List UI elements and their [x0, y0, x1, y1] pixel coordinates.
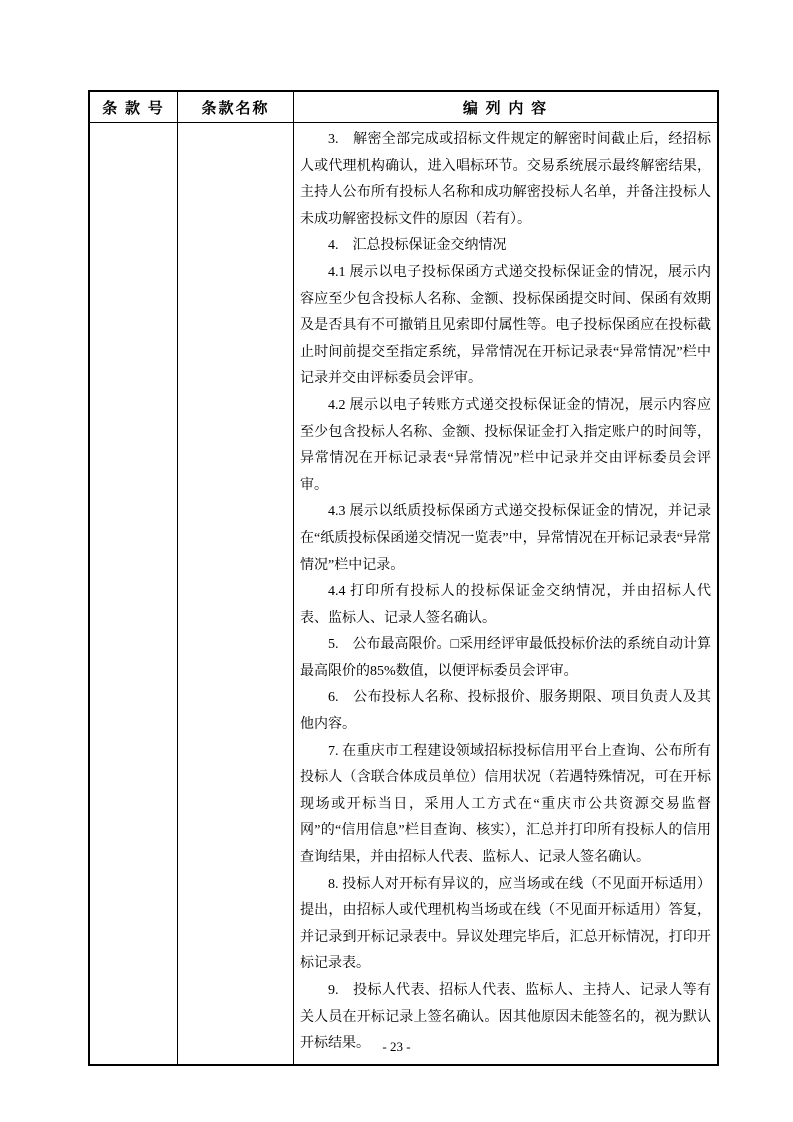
- paragraph-4: 4. 汇总投标保证金交纳情况: [300, 233, 711, 260]
- column-header-clause-name: 条款名称: [178, 92, 294, 122]
- paragraph-6: 6. 公布投标人名称、投标报价、服务期限、项目负责人及其他内容。: [300, 685, 711, 738]
- paragraph-8: 8. 投标人对开标有异议的，应当场或在线（不见面开标适用）提出，由招标人或代理机…: [300, 872, 711, 978]
- paragraph-7: 7. 在重庆市工程建设领域招标投标信用平台上查询、公布所有投标人（含联合体成员单…: [300, 739, 711, 872]
- document-page: 条 款 号 条款名称 编 列 内 容 3. 解密全部完成或招标文件规定的解密时间…: [0, 0, 793, 1122]
- paragraph-5: 5. 公布最高限价。□采用经评审最低投标价法的系统自动计算最高限价的85%数值，…: [300, 632, 711, 685]
- table-header-row: 条 款 号 条款名称 编 列 内 容: [90, 92, 717, 123]
- column-header-clause-number: 条 款 号: [90, 92, 178, 122]
- clause-name-cell: [178, 123, 294, 1064]
- table-body-row: 3. 解密全部完成或招标文件规定的解密时间截止后，经招标人或代理机构确认，进入唱…: [90, 123, 717, 1064]
- paragraph-4-4: 4.4 打印所有投标人的投标保证金交纳情况，并由招标人代表、监标人、记录人签名确…: [300, 579, 711, 632]
- clause-table: 条 款 号 条款名称 编 列 内 容 3. 解密全部完成或招标文件规定的解密时间…: [88, 90, 719, 1066]
- paragraph-4-3: 4.3 展示以纸质投标保函方式递交投标保证金的情况，并记录在“纸质投标保函递交情…: [300, 499, 711, 579]
- paragraph-3: 3. 解密全部完成或招标文件规定的解密时间截止后，经招标人或代理机构确认，进入唱…: [300, 127, 711, 233]
- page-number: - 23 -: [0, 1039, 793, 1055]
- column-header-content: 编 列 内 容: [294, 92, 717, 122]
- paragraph-4-1: 4.1 展示以电子投标保函方式递交投标保证金的情况，展示内容应至少包含投标人名称…: [300, 260, 711, 393]
- paragraph-4-2: 4.2 展示以电子转账方式递交投标保证金的情况，展示内容应至少包含投标人名称、金…: [300, 393, 711, 499]
- clause-number-cell: [90, 123, 178, 1064]
- content-cell: 3. 解密全部完成或招标文件规定的解密时间截止后，经招标人或代理机构确认，进入唱…: [294, 123, 717, 1064]
